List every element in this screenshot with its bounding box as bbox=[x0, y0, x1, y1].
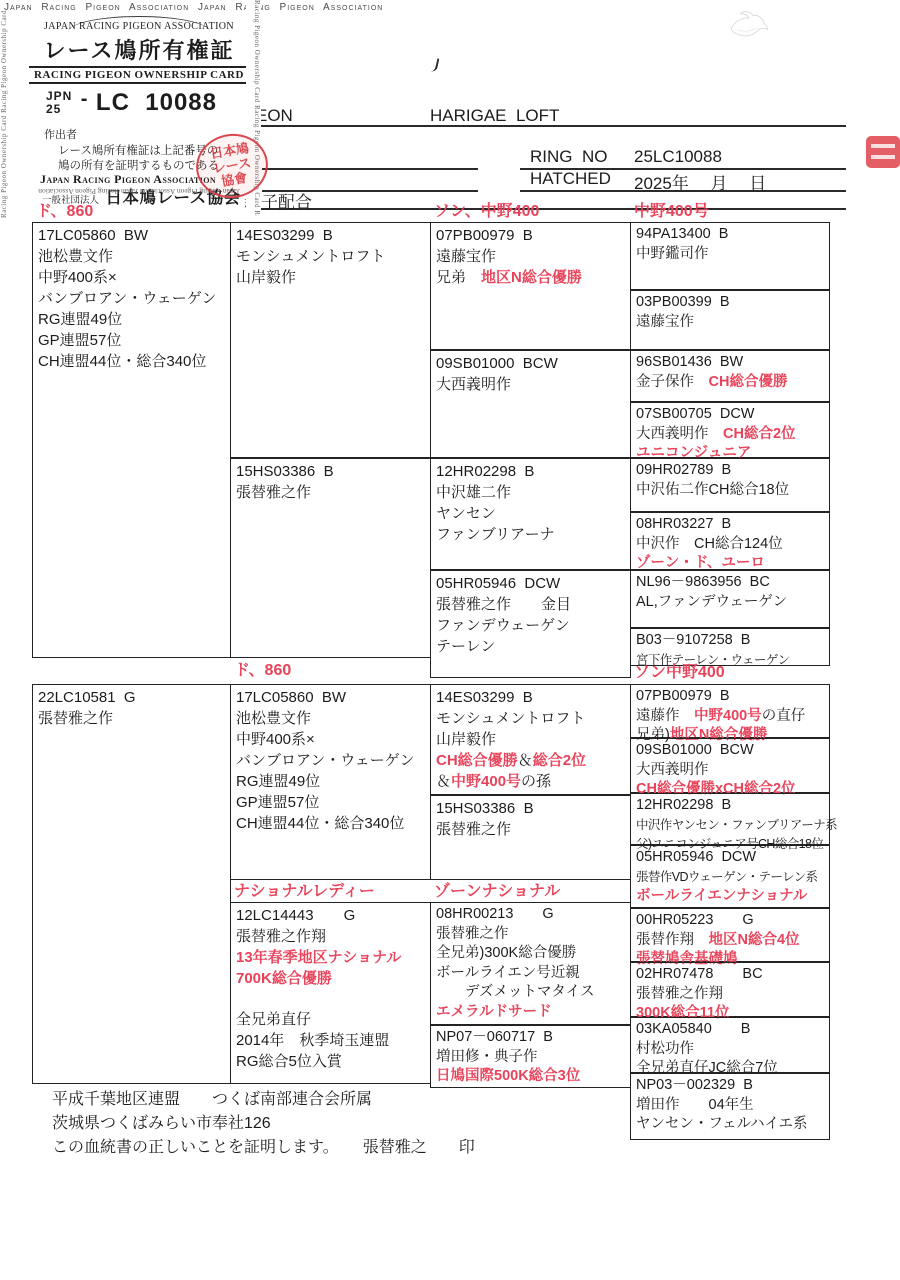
text-segment: エメラルドサード bbox=[436, 1004, 552, 1020]
pedigree-line: ファンデウェーゲン bbox=[436, 615, 625, 636]
pedigree-red-label: ソン中野400 bbox=[634, 664, 725, 682]
pedigree-line: RG連盟49位 bbox=[236, 771, 425, 792]
text-segment: 05HR05946 DCW bbox=[636, 849, 756, 865]
text-segment: 日鳩国際500K総合3位 bbox=[436, 1068, 580, 1084]
text-segment: 地区N総合4位 bbox=[709, 932, 800, 948]
ownership-statement-line2: 鳩の所有を証明するものである bbox=[58, 157, 219, 173]
pedigree-line: ＆中野400号の孫 bbox=[436, 771, 625, 792]
pedigree-line: 山岸毅作 bbox=[436, 729, 625, 750]
text-segment: 遠藤宝作 bbox=[636, 314, 694, 330]
pedigree-line: ボールライエンナショナル bbox=[636, 887, 824, 907]
text-segment: NL96－9863956 BC bbox=[636, 574, 770, 590]
text-segment: 17LC05860 BW bbox=[236, 689, 346, 706]
text-segment: 池松豊文作 bbox=[236, 710, 311, 727]
pedigree-line: 日鳩国際500K総合3位 bbox=[436, 1067, 625, 1087]
text-segment: 09SB01000 BCW bbox=[436, 355, 558, 372]
pedigree-cell-dam-g3-6: 02HR07478 BC張替雅之作翔300K総合11位 bbox=[630, 962, 830, 1017]
pedigree-cell-dam-g3-8: NP03－002329 B増田作 04年生ヤンセン・フェルハイエ系 bbox=[630, 1073, 830, 1140]
breeder-label: 作出者 bbox=[44, 126, 77, 142]
pedigree-line: 02HR07478 BC bbox=[636, 965, 824, 985]
pedigree-cell-dam-g3-2: 09SB01000 BCW大西義明作CH総合優勝xCH総合2位 bbox=[630, 738, 830, 793]
text-segment: 12HR02298 B bbox=[436, 463, 534, 480]
text-segment: ヤンセン・フェルハイエ系 bbox=[636, 1116, 808, 1132]
text-segment: 中野400号 bbox=[451, 773, 521, 790]
ring-country: JPN bbox=[46, 90, 72, 103]
text-segment: 05HR05946 DCW bbox=[436, 575, 560, 592]
pedigree-cell-sire-ggf1: 07PB00979 B遠藤宝作兄弟 地区N総合優勝 bbox=[430, 222, 631, 350]
pedigree-cell-sire-gf: 14ES03299 Bモンシュメントロフト山岸毅作 bbox=[230, 222, 431, 458]
pedigree-cell-sire-g3-7: NL96－9863956 BCAL,ファンデウェーゲン bbox=[630, 570, 830, 628]
pedigree-line: バンブロアン・ウェーゲン bbox=[236, 750, 425, 771]
pedigree-red-label: ソン、中野400 bbox=[434, 203, 539, 221]
text-segment: 13年春季地区ナショナル bbox=[236, 949, 401, 966]
text-segment: 中野400号 bbox=[694, 708, 762, 724]
pedigree-line: AL,ファンデウェーゲン bbox=[636, 593, 824, 613]
pedigree-line: GP連盟57位 bbox=[38, 330, 225, 351]
pedigree-line: 09HR02789 B bbox=[636, 461, 824, 481]
card-association-title: JAPAN RACING PIGEON ASSOCIATION bbox=[28, 21, 250, 32]
text-segment: 00HR05223 G bbox=[636, 912, 754, 928]
pedigree-line: 遠藤宝作 bbox=[636, 313, 824, 333]
pedigree-line: NL96－9863956 BC bbox=[636, 573, 824, 593]
text-segment: 金子保作 bbox=[636, 374, 709, 390]
pedigree-line: 中沢作ヤンセン・ファンブリアーナ系 bbox=[636, 816, 824, 836]
pedigree-line: モンシュメントロフト bbox=[436, 708, 625, 729]
pedigree-line: ヤンセン・フェルハイエ系 bbox=[636, 1115, 824, 1135]
text-segment: 中野400系× bbox=[38, 269, 117, 286]
text-segment: GP連盟57位 bbox=[38, 332, 121, 349]
pedigree-cell-sire-g3-8: B03－9107258 B宮下作テーレン・ウェーゲン bbox=[630, 628, 830, 666]
pedigree-line: 09SB01000 BCW bbox=[636, 741, 824, 761]
ring-year: 25 bbox=[46, 103, 72, 116]
text-segment: 地区N総合優勝 bbox=[481, 269, 582, 286]
pedigree-line: 中沢作 CH総合124位 bbox=[636, 535, 824, 555]
pedigree-cell-sire-ggm1: 09SB01000 BCW大西義明作 bbox=[430, 350, 631, 458]
footer-certification: この血統書の正しいことを証明します。 張替雅之 印 bbox=[52, 1134, 475, 1157]
text-segment: デズメットマタイス bbox=[436, 984, 594, 1000]
text-segment: バンブロアン・ウェーゲン bbox=[38, 290, 217, 307]
text-segment: バンブロアン・ウェーゲン bbox=[236, 752, 415, 769]
text-segment: RG総合5位入賞 bbox=[236, 1053, 342, 1070]
pedigree-line: 17LC05860 BW bbox=[38, 225, 225, 246]
pedigree-line: 張替雅之作 bbox=[436, 819, 625, 840]
pedigree-cell-dam-gf: 17LC05860 BW池松豊文作中野400系×バンブロアン・ウェーゲンRG連盟… bbox=[230, 684, 431, 880]
pedigree-line: RG連盟49位 bbox=[38, 309, 225, 330]
pedigree-line: 張替雅之作翔 bbox=[236, 926, 425, 947]
pedigree-line: 07PB00979 B bbox=[636, 687, 824, 707]
text-segment: 22LC10581 G bbox=[38, 689, 136, 706]
pedigree-cell-dam: 22LC10581 G張替雅之作 bbox=[32, 684, 231, 1084]
pedigree-line: 張替作翔 地区N総合4位 bbox=[636, 931, 824, 951]
pedigree-line: 08HR00213 G bbox=[436, 905, 625, 925]
pedigree-line: 遠藤作 中野400号の直仔 bbox=[636, 707, 824, 727]
pedigree-line: 張替雅之作 bbox=[436, 925, 625, 945]
text-segment: 07PB00979 B bbox=[636, 688, 730, 704]
text-segment: 大西義明作 bbox=[636, 762, 709, 778]
text-segment: 張替作翔 bbox=[636, 932, 709, 948]
text-segment: 増田修・典子作 bbox=[436, 1049, 538, 1065]
footer-address: 茨城県つくばみらい市奉社126 bbox=[52, 1110, 271, 1133]
text-segment: B03－9107258 B bbox=[636, 632, 750, 648]
pedigree-cell-dam-g3-1: 07PB00979 B遠藤作 中野400号の直仔兄弟)地区N総合優勝 bbox=[630, 684, 830, 738]
pedigree-line: 12HR02298 B bbox=[436, 461, 625, 482]
text-segment: 遠藤宝作 bbox=[436, 248, 496, 265]
pedigree-line: RG総合5位入賞 bbox=[236, 1051, 425, 1072]
pedigree-certificate-page: Japan Racing Pigeon Association Japan Ra… bbox=[0, 0, 900, 1280]
pedigree-cell-sire-g3-5: 09HR02789 B中沢佑二作CH総合18位 bbox=[630, 458, 830, 512]
pedigree-line: 張替雅之作 bbox=[38, 708, 225, 729]
text-segment: 14ES03299 B bbox=[436, 689, 533, 706]
text-segment: 17LC05860 BW bbox=[38, 227, 148, 244]
text-segment: 03PB00399 B bbox=[636, 294, 730, 310]
text-segment: 2014年 秋季埼玉連盟 bbox=[236, 1032, 389, 1049]
pedigree-cell-sire-gm: 15HS03386 B張替雅之作 bbox=[230, 458, 431, 658]
text-segment: 張替雅之作 bbox=[436, 926, 509, 942]
text-segment: 山岸毅作 bbox=[436, 731, 496, 748]
pedigree-line: 張替雅之作 金目 bbox=[436, 594, 625, 615]
text-segment: の孫 bbox=[521, 773, 551, 790]
pedigree-line: ボールライエン号近親 bbox=[436, 964, 625, 984]
text-segment: 池松豊文作 bbox=[38, 248, 113, 265]
text-segment: 07PB00979 B bbox=[436, 227, 533, 244]
text-segment: 遠藤作 bbox=[636, 708, 694, 724]
text-segment: ボールライエンナショナル bbox=[636, 888, 807, 904]
text-segment: 08HR03227 B bbox=[636, 516, 731, 532]
pedigree-line: エメラルドサード bbox=[436, 1003, 625, 1023]
pedigree-cell-dam-g3-4: 05HR05946 DCW張替作VDウェーゲン・テーレン系ボールライエンナショナ… bbox=[630, 845, 830, 908]
pedigree-cell-dam-ggf1: 14ES03299 Bモンシュメントロフト山岸毅作CH総合優勝＆総合2位＆中野4… bbox=[430, 684, 631, 795]
text-segment: 09HR02789 B bbox=[636, 462, 731, 478]
pedigree-line: GP連盟57位 bbox=[236, 792, 425, 813]
pedigree-line: テーレン bbox=[436, 636, 625, 657]
pedigree-cell-sire-g3-1: 94PA13400 B中野鑑司作 bbox=[630, 222, 830, 290]
card-ring-number: JPN 25 - LC 10088 bbox=[46, 88, 217, 117]
text-segment: 全兄弟直仔 bbox=[236, 1011, 311, 1028]
pedigree-line: 村松功作 bbox=[636, 1040, 824, 1060]
ring-country-year: JPN 25 bbox=[46, 90, 72, 116]
pedigree-line: 700K総合優勝 bbox=[236, 968, 425, 989]
pedigree-red-label: ナショナルレディー bbox=[234, 883, 375, 901]
text-segment: 張替雅之作翔 bbox=[236, 928, 326, 945]
pedigree-line: 94PA13400 B bbox=[636, 225, 824, 245]
pedigree-cell-sire-ggm2: 05HR05946 DCW張替雅之作 金目ファンデウェーゲンテーレン bbox=[430, 570, 631, 678]
text-segment: 14ES03299 B bbox=[236, 227, 333, 244]
pedigree-cell-dam-g3-5: 00HR05223 G張替作翔 地区N総合4位張替鳩舎基礎鳩 bbox=[630, 908, 830, 962]
pedigree-cell-sire-g3-2: 03PB00399 B遠藤宝作 bbox=[630, 290, 830, 350]
pedigree-line: B03－9107258 B bbox=[636, 631, 824, 651]
text-segment: 総合2位 bbox=[533, 752, 586, 769]
pedigree-line: 96SB01436 BW bbox=[636, 353, 824, 373]
pedigree-line: 中沢雄二作 bbox=[436, 482, 625, 503]
pedigree-cell-dam-ggm1: 15HS03386 B張替雅之作 bbox=[430, 795, 631, 880]
text-segment: 94PA13400 B bbox=[636, 226, 728, 242]
text-segment: 中沢作ヤンセン・ファンブリアーナ系 bbox=[636, 818, 837, 832]
pedigree-line: 05HR05946 DCW bbox=[436, 573, 625, 594]
text-segment: 張替雅之作翔 bbox=[636, 986, 723, 1002]
ring-separator: - bbox=[81, 88, 88, 111]
text-segment: の直仔 bbox=[762, 708, 806, 724]
pedigree-line: 13年春季地区ナショナル bbox=[236, 947, 425, 968]
text-segment: 張替雅之作 金目 bbox=[436, 596, 571, 613]
text-segment: 全兄弟)300K総合優勝 bbox=[436, 945, 576, 961]
pedigree-line: 池松豊文作 bbox=[38, 246, 225, 267]
pedigree-line: 張替作VDウェーゲン・テーレン系 bbox=[636, 868, 824, 888]
text-segment: ゾーン・ド、ユーロ bbox=[636, 555, 765, 571]
pedigree-cell-sire-g3-4: 07SB00705 DCW大西義明作 CH総合2位ユニコンジュニア bbox=[630, 402, 830, 458]
pedigree-cell-dam-g3-7: 03KA05840 B村松功作全兄弟直仔JC総合7位 bbox=[630, 1017, 830, 1073]
text-segment: NP07－060717 B bbox=[436, 1029, 553, 1045]
text-segment: 中沢佑二作CH総合18位 bbox=[636, 482, 789, 498]
pedigree-line bbox=[236, 989, 425, 1009]
pedigree-line: ファンブリアーナ bbox=[436, 524, 625, 545]
card-title-english: RACING PIGEON OWNERSHIP CARD bbox=[29, 66, 249, 84]
pedigree-line: 池松豊文作 bbox=[236, 708, 425, 729]
pedigree-line: NP03－002329 B bbox=[636, 1076, 824, 1096]
text-segment: GP連盟57位 bbox=[236, 794, 319, 811]
pedigree-line: バンブロアン・ウェーゲン bbox=[38, 288, 225, 309]
text-segment: ファンデウェーゲン bbox=[436, 617, 570, 634]
footer-federation: 平成千葉地区連盟 つくば南部連合会所属 bbox=[52, 1086, 372, 1109]
pedigree-line: 03PB00399 B bbox=[636, 293, 824, 313]
pedigree-line: 大西義明作 CH総合2位 bbox=[636, 425, 824, 445]
pedigree-line: 15HS03386 B bbox=[436, 798, 625, 819]
pedigree-line: 07SB00705 DCW bbox=[636, 405, 824, 425]
pedigree-cell-dam-gm: 12LC14443 G張替雅之作翔13年春季地区ナショナル700K総合優勝全兄弟… bbox=[230, 902, 431, 1084]
pedigree-line: 中野400系× bbox=[236, 729, 425, 750]
text-segment: 12HR02298 B bbox=[636, 797, 731, 813]
pedigree-line: モンシュメントロフト bbox=[236, 246, 425, 267]
text-segment: 中沢雄二作 bbox=[436, 484, 511, 501]
text-segment: モンシュメントロフト bbox=[436, 710, 585, 727]
pedigree-line: 増田作 04年生 bbox=[636, 1096, 824, 1116]
pedigree-cell-sire-g3-3: 96SB01436 BW金子保作 CH総合優勝 bbox=[630, 350, 830, 402]
pedigree-line: 増田修・典子作 bbox=[436, 1048, 625, 1068]
pedigree-line: 山岸毅作 bbox=[236, 267, 425, 288]
pedigree-line: 大西義明作 bbox=[436, 374, 625, 395]
text-segment: 村松功作 bbox=[636, 1041, 694, 1057]
text-segment: ＆ bbox=[436, 773, 451, 790]
pedigree-line: 07PB00979 B bbox=[436, 225, 625, 246]
pedigree-line: 12HR02298 B bbox=[636, 796, 824, 816]
text-segment: ヤンセン bbox=[436, 505, 496, 522]
text-segment: RG連盟49位 bbox=[236, 773, 320, 790]
text-segment: 07SB00705 DCW bbox=[636, 406, 754, 422]
text-segment: 中沢作 CH総合124位 bbox=[636, 536, 783, 552]
pedigree-line: 14ES03299 B bbox=[436, 687, 625, 708]
text-segment: 張替雅之作 bbox=[436, 821, 511, 838]
text-segment: 張替作VDウェーゲン・テーレン系 bbox=[636, 870, 817, 884]
pedigree-line: 全兄弟)300K総合優勝 bbox=[436, 944, 625, 964]
pedigree-line: 09SB01000 BCW bbox=[436, 353, 625, 374]
text-segment: 張替雅之作 bbox=[38, 710, 113, 727]
pedigree-line: 2014年 秋季埼玉連盟 bbox=[236, 1030, 425, 1051]
pedigree-line: 兄弟 地区N総合優勝 bbox=[436, 267, 625, 288]
pedigree-line: 中野鑑司作 bbox=[636, 245, 824, 265]
association-legal-prefix: 一般社団法人 bbox=[42, 195, 99, 206]
text-segment: テーレン bbox=[436, 638, 495, 655]
pedigree-line: デズメットマタイス bbox=[436, 983, 625, 1003]
text-segment: 02HR07478 BC bbox=[636, 966, 763, 982]
text-segment: 03KA05840 B bbox=[636, 1021, 750, 1037]
text-segment: RG連盟49位 bbox=[38, 311, 122, 328]
text-segment: 増田作 04年生 bbox=[636, 1097, 754, 1113]
text-segment: 09SB01000 BCW bbox=[636, 742, 754, 758]
pedigree-cell-sire-g3-6: 08HR03227 B中沢作 CH総合124位ゾーン・ド、ユーロ bbox=[630, 512, 830, 570]
text-segment: NP03－002329 B bbox=[636, 1077, 753, 1093]
pedigree-cell-sire: 17LC05860 BW池松豊文作中野400系×バンブロアン・ウェーゲンRG連盟… bbox=[32, 222, 231, 658]
text-segment: 15HS03386 B bbox=[436, 800, 534, 817]
text-segment: 96SB01436 BW bbox=[636, 354, 743, 370]
pedigree-cell-sire-ggf2: 12HR02298 B中沢雄二作ヤンセンファンブリアーナ bbox=[430, 458, 631, 570]
text-segment: 大西義明作 bbox=[636, 426, 723, 442]
pedigree-line: CH連盟44位・総合340位 bbox=[236, 813, 425, 834]
ring-series-number: LC 10088 bbox=[96, 89, 217, 117]
text-segment: 08HR00213 G bbox=[436, 906, 554, 922]
pedigree-line: 03KA05840 B bbox=[636, 1020, 824, 1040]
text-segment: CH連盟44位・総合340位 bbox=[38, 353, 206, 370]
pedigree-line: CH連盟44位・総合340位 bbox=[38, 351, 225, 372]
pedigree-line: 17LC05860 BW bbox=[236, 687, 425, 708]
pedigree-red-label: 中野400号 bbox=[634, 203, 709, 221]
pedigree-line: 中野400系× bbox=[38, 267, 225, 288]
text-segment: CH総合優勝 bbox=[709, 374, 788, 390]
pedigree-line: 15HS03386 B bbox=[236, 461, 425, 482]
text-segment: CH連盟44位・総合340位 bbox=[236, 815, 404, 832]
pedigree-line: 12LC14443 G bbox=[236, 905, 425, 926]
pedigree-line: 22LC10581 G bbox=[38, 687, 225, 708]
pedigree-line: 張替雅之作翔 bbox=[636, 985, 824, 1005]
pedigree-line: 全兄弟直仔 bbox=[236, 1009, 425, 1030]
text-segment: AL,ファンデウェーゲン bbox=[636, 594, 787, 610]
pedigree-line: 遠藤宝作 bbox=[436, 246, 625, 267]
text-segment: 山岸毅作 bbox=[236, 269, 296, 286]
text-segment: CH総合2位 bbox=[723, 426, 796, 442]
pedigree-cell-dam-ggm2: NP07－060717 B増田修・典子作日鳩国際500K総合3位 bbox=[430, 1025, 631, 1088]
text-segment: 12LC14443 G bbox=[236, 907, 355, 924]
card-title-japanese: レース鳩所有権証 bbox=[28, 34, 250, 65]
text-segment: モンシュメントロフト bbox=[236, 248, 385, 265]
pedigree-line: 大西義明作 bbox=[636, 761, 824, 781]
pedigree-line: NP07－060717 B bbox=[436, 1028, 625, 1048]
text-segment: 大西義明作 bbox=[436, 376, 511, 393]
pedigree-line: 金子保作 CH総合優勝 bbox=[636, 373, 824, 393]
text-segment: CH総合優勝 bbox=[436, 752, 518, 769]
pedigree-cell-dam-ggf2: 08HR00213 G張替雅之作全兄弟)300K総合優勝ボールライエン号近親 デ… bbox=[430, 902, 631, 1025]
text-segment: ボールライエン号近親 bbox=[436, 965, 580, 981]
pedigree-red-label: ゾーンナショナル bbox=[434, 883, 560, 901]
pedigree-line: ヤンセン bbox=[436, 503, 625, 524]
pedigree-line: 14ES03299 B bbox=[236, 225, 425, 246]
text-segment: 兄弟 bbox=[436, 269, 481, 286]
pedigree-red-label: ド、860 bbox=[234, 662, 291, 680]
pedigree-line: 張替雅之作 bbox=[236, 482, 425, 503]
text-segment: 中野鑑司作 bbox=[636, 246, 709, 262]
pedigree-cell-dam-g3-3: 12HR02298 B中沢作ヤンセン・ファンブリアーナ系父)ユニコンジュニア号C… bbox=[630, 793, 830, 845]
card-title-english-wrap: RACING PIGEON OWNERSHIP CARD bbox=[28, 65, 250, 84]
pedigree-line: 05HR05946 DCW bbox=[636, 848, 824, 868]
pedigree-line: CH総合優勝＆総合2位 bbox=[436, 750, 625, 771]
text-segment: 張替雅之作 bbox=[236, 484, 311, 501]
text-segment: 15HS03386 B bbox=[236, 463, 334, 480]
text-segment: 中野400系× bbox=[236, 731, 315, 748]
stamp-fragment bbox=[866, 136, 900, 168]
pedigree-line: 00HR05223 G bbox=[636, 911, 824, 931]
text-segment: ファンブリアーナ bbox=[436, 526, 555, 543]
text-segment: ＆ bbox=[518, 752, 533, 769]
pedigree-line: 08HR03227 B bbox=[636, 515, 824, 535]
text-segment: 700K総合優勝 bbox=[236, 970, 332, 987]
pedigree-line: 中沢佑二作CH総合18位 bbox=[636, 481, 824, 501]
